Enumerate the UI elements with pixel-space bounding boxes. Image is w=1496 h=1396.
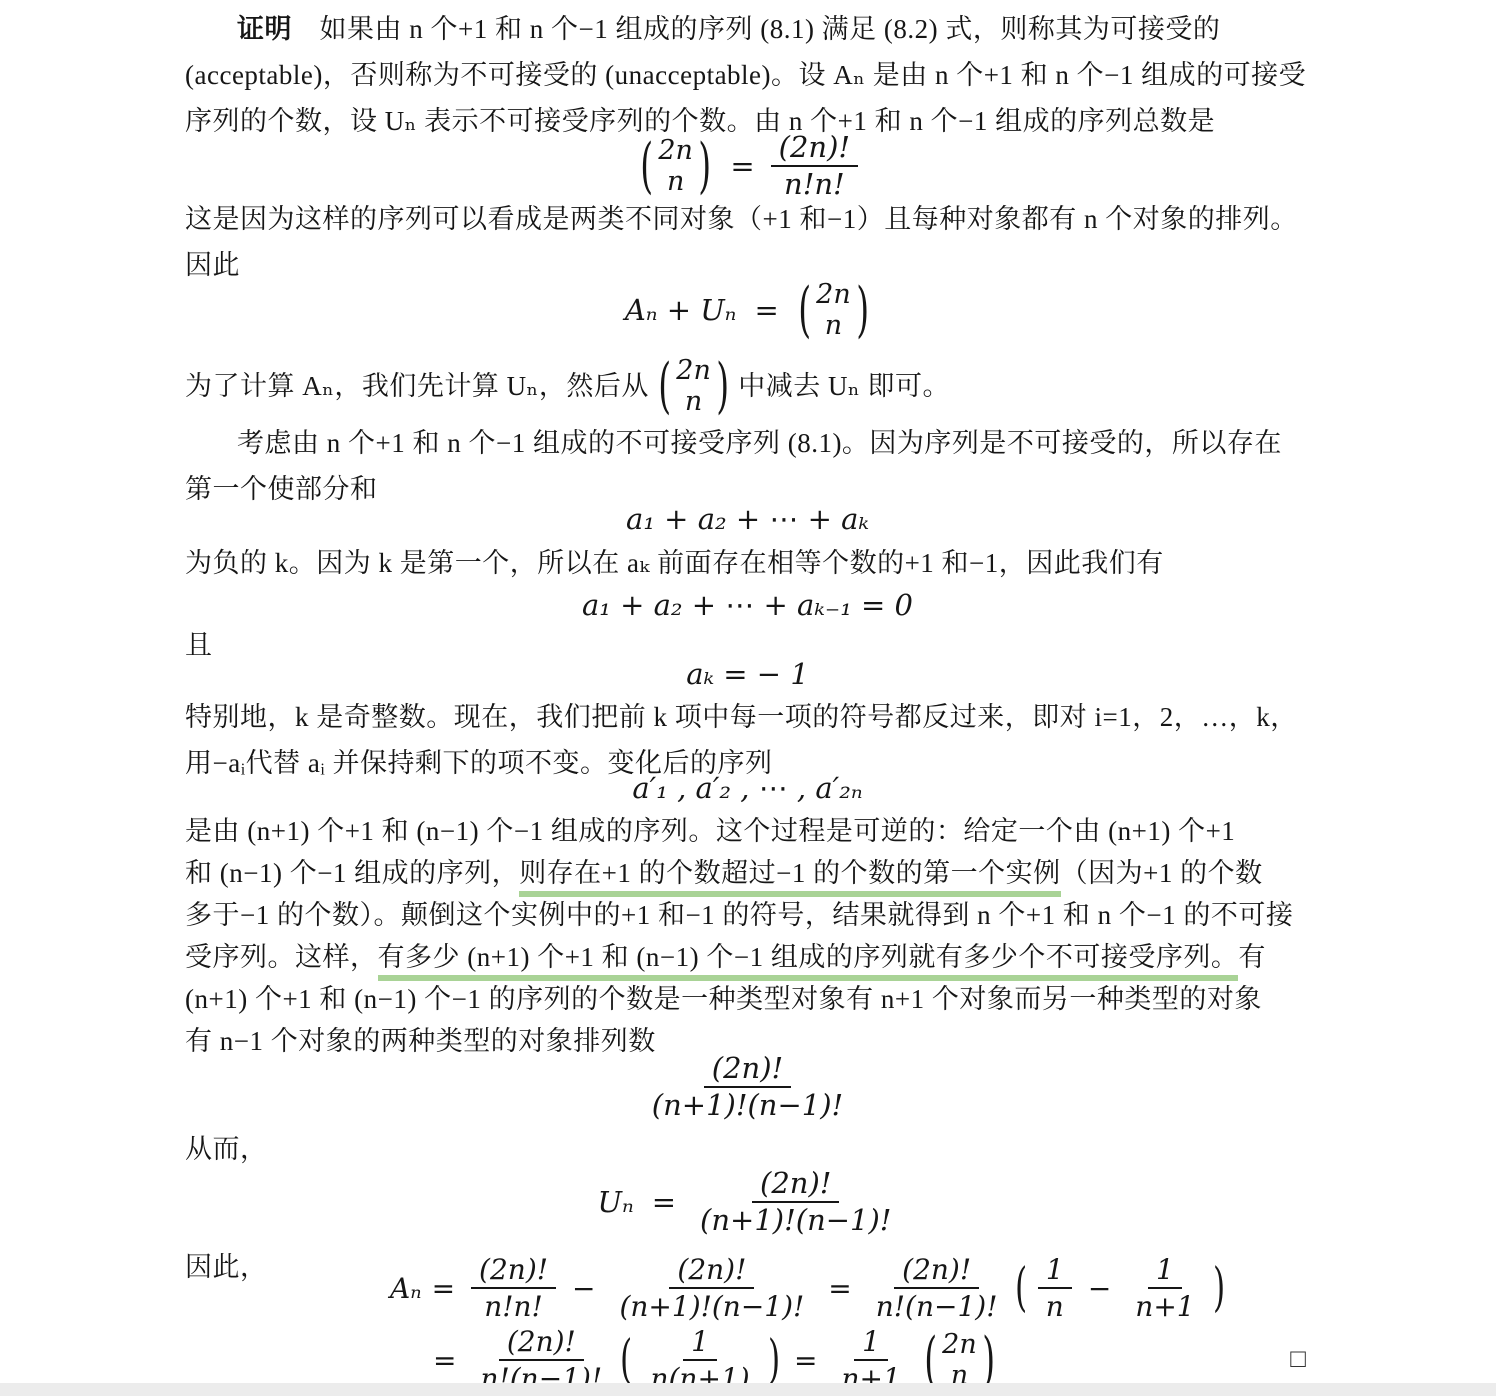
- text-run: 如果由 n 个+1 和 n 个−1 组成的序列 (8.1) 满足 (8.2) 式…: [292, 14, 1220, 44]
- formula-un-value: Uₙ = (2n)! (n+1)!(n−1)!: [185, 1162, 1310, 1242]
- text-line: 为负的 k。因为 k 是第一个，所以在 aₖ 前面存在相等个数的+1 和−1，因…: [185, 540, 1310, 586]
- binom-bottom: n: [685, 386, 702, 417]
- right-paren: ): [768, 1332, 780, 1388]
- paragraph-negative-k: 为负的 k。因为 k 是第一个，所以在 aₖ 前面存在相等个数的+1 和−1，因…: [185, 540, 1310, 586]
- numerator: (2n)!: [669, 1252, 754, 1289]
- formula-partial-sum-zero: a₁ + a₂ + ⋯ + aₖ₋₁ = 0: [185, 583, 1310, 627]
- fraction: (2n)!(n+1)!(n−1)!: [611, 1252, 812, 1324]
- fraction: (2n)! (n+1)!(n−1)!: [644, 1051, 851, 1123]
- formula-partial-sum: a₁ + a₂ + ⋯ + aₖ: [185, 497, 1310, 541]
- binomial-coefficient: ( 2nn ): [793, 278, 874, 342]
- denominator: (n+1)!(n−1)!: [692, 1203, 899, 1238]
- expression: a′₁ , a′₂ , ⋯ , a′₂ₙ: [632, 771, 862, 805]
- denominator: n: [1038, 1289, 1072, 1324]
- fraction: (2n)!n!(n−1)!: [868, 1252, 1006, 1324]
- text-run: （因为+1 的个数: [1061, 858, 1263, 888]
- text-line: 受序列。这样，有多少 (n+1) 个+1 和 (n−1) 个−1 组成的序列就有…: [185, 936, 1310, 978]
- fraction: 1n: [1038, 1252, 1072, 1324]
- paragraph-reversible-argument: 是由 (n+1) 个+1 和 (n−1) 个−1 组成的序列。这个过程是可逆的：…: [185, 810, 1310, 1062]
- expression: aₖ = − 1: [686, 657, 809, 691]
- fraction: (2n)!n!n!: [471, 1252, 556, 1324]
- text-line: 这是因为这样的序列可以看成是两类不同对象（+1 和−1）且每种对象都有 n 个对…: [185, 196, 1310, 242]
- numerator: 1: [1038, 1252, 1072, 1289]
- equals-sign: =: [794, 1344, 817, 1377]
- highlight-underline: 则存在+1 的个数超过−1 的个数的第一个实例: [519, 858, 1060, 897]
- numerator: (2n)!: [894, 1252, 979, 1289]
- text-line: (n+1) 个+1 和 (n−1) 个−1 的序列的个数是一种类型对象有 n+1…: [185, 978, 1310, 1020]
- left-paren: (: [658, 354, 671, 418]
- paragraph-compute-plan: 为了计算 Aₙ，我们先计算 Uₙ，然后从 ( 2nn ) 中减去 Uₙ 即可。: [185, 350, 1310, 422]
- binomial-coefficient: ( 2nn ): [635, 134, 716, 198]
- text-line: 考虑由 n 个+1 和 n 个−1 组成的不可接受序列 (8.1)。因为序列是不…: [185, 420, 1310, 466]
- proof-label: 证明: [237, 14, 292, 44]
- denominator: n!n!: [476, 1289, 551, 1324]
- right-paren: ): [856, 278, 869, 342]
- text-run: 受序列。这样，: [185, 942, 378, 972]
- equals-sign: =: [652, 1185, 676, 1219]
- right-paren: ): [1213, 1260, 1225, 1316]
- fraction: (2n)! n!n!: [771, 130, 858, 202]
- text-run: 为了计算 Aₙ，我们先计算 Uₙ，然后从: [185, 363, 649, 409]
- numerator: (2n)!: [704, 1051, 791, 1088]
- numerator: (2n)!: [499, 1324, 584, 1361]
- lhs: Aₙ: [390, 1272, 422, 1305]
- binom-bottom: n: [825, 310, 842, 341]
- right-paren: ): [698, 134, 711, 198]
- text-line: 多于−1 的个数）。颠倒这个实例中的+1 和−1 的符号，结果就得到 n 个+1…: [185, 894, 1310, 936]
- formula-primed-sequence: a′₁ , a′₂ , ⋯ , a′₂ₙ: [185, 766, 1310, 810]
- binomial-coefficient-inline: ( 2nn ): [653, 354, 734, 418]
- binom-top: 2n: [816, 279, 851, 310]
- text-line: (acceptable)，否则称为不可接受的 (unacceptable)。设 …: [185, 52, 1310, 98]
- left-paren: (: [640, 134, 653, 198]
- left-paren: (: [798, 278, 811, 342]
- binom-bottom: n: [667, 166, 684, 197]
- numerator: (2n)!: [771, 130, 858, 167]
- formula-count-fraction: (2n)! (n+1)!(n−1)!: [185, 1050, 1310, 1124]
- binom-top: 2n: [658, 135, 693, 166]
- denominator: (n+1)!(n−1)!: [611, 1289, 812, 1324]
- right-paren: ): [716, 354, 729, 418]
- equals-sign: =: [828, 1272, 851, 1305]
- numerator: (2n)!: [471, 1252, 556, 1289]
- expression: a₁ + a₂ + ⋯ + aₖ: [626, 502, 869, 536]
- numerator: 1: [1148, 1252, 1182, 1289]
- equals-sign: =: [432, 1272, 455, 1305]
- text-line: 是由 (n+1) 个+1 和 (n−1) 个−1 组成的序列。这个过程是可逆的：…: [185, 810, 1310, 852]
- formula-an-derivation: Aₙ = (2n)!n!n! − (2n)!(n+1)!(n−1)! = (2n…: [185, 1252, 1310, 1388]
- formula-an-plus-un: Aₙ + Uₙ = ( 2nn ): [185, 272, 1310, 348]
- lhs: Aₙ + Uₙ: [625, 293, 737, 327]
- qed-box: □: [1290, 1344, 1306, 1374]
- fraction: (2n)! (n+1)!(n−1)!: [692, 1166, 899, 1238]
- text-line: 证明 如果由 n 个+1 和 n 个−1 组成的序列 (8.1) 满足 (8.2…: [185, 6, 1310, 52]
- paragraph-proof-intro: 证明 如果由 n 个+1 和 n 个−1 组成的序列 (8.1) 满足 (8.2…: [185, 6, 1310, 144]
- text-run: 和 (n−1) 个−1 组成的序列，: [185, 858, 519, 888]
- derivation-line-1: Aₙ = (2n)!n!n! − (2n)!(n+1)!(n−1)! = (2n…: [390, 1252, 1310, 1324]
- minus-sign: −: [572, 1272, 595, 1305]
- text-line: 和 (n−1) 个−1 组成的序列，则存在+1 的个数超过−1 的个数的第一个实…: [185, 852, 1310, 894]
- binom-top: 2n: [942, 1329, 977, 1360]
- left-paren: (: [1016, 1260, 1028, 1316]
- highlight-underline: 有多少 (n+1) 个+1 和 (n−1) 个−1 组成的序列就有多少个不可接受…: [378, 942, 1239, 981]
- lhs: Uₙ: [598, 1185, 634, 1219]
- left-paren: (: [620, 1332, 632, 1388]
- text-run: 中减去 Uₙ 即可。: [738, 363, 950, 409]
- equals-sign: =: [730, 149, 754, 183]
- denominator: (n+1)!(n−1)!: [644, 1088, 851, 1123]
- formula-binomial-total: ( 2nn ) = (2n)! n!n!: [185, 128, 1310, 204]
- fraction: 1n+1: [1127, 1252, 1202, 1324]
- numerator: 1: [683, 1324, 717, 1361]
- scan-footer-strip: [0, 1383, 1496, 1396]
- formula-ak-equals-minus-one: aₖ = − 1: [185, 652, 1310, 696]
- minus-sign: −: [1088, 1272, 1111, 1305]
- equals-sign: =: [754, 293, 778, 327]
- equals-sign: =: [433, 1344, 456, 1377]
- denominator: n!(n−1)!: [868, 1289, 1006, 1324]
- text-line: 特别地，k 是奇整数。现在，我们把前 k 项中每一项的符号都反过来，即对 i=1…: [185, 694, 1310, 740]
- denominator: n+1: [1127, 1289, 1202, 1324]
- document-page: 证明 如果由 n 个+1 和 n 个−1 组成的序列 (8.1) 满足 (8.2…: [0, 0, 1496, 1396]
- binom-top: 2n: [676, 355, 711, 386]
- text-run: 有: [1238, 942, 1266, 972]
- numerator: (2n)!: [752, 1166, 839, 1203]
- numerator: 1: [854, 1324, 888, 1361]
- expression: a₁ + a₂ + ⋯ + aₖ₋₁ = 0: [582, 588, 913, 622]
